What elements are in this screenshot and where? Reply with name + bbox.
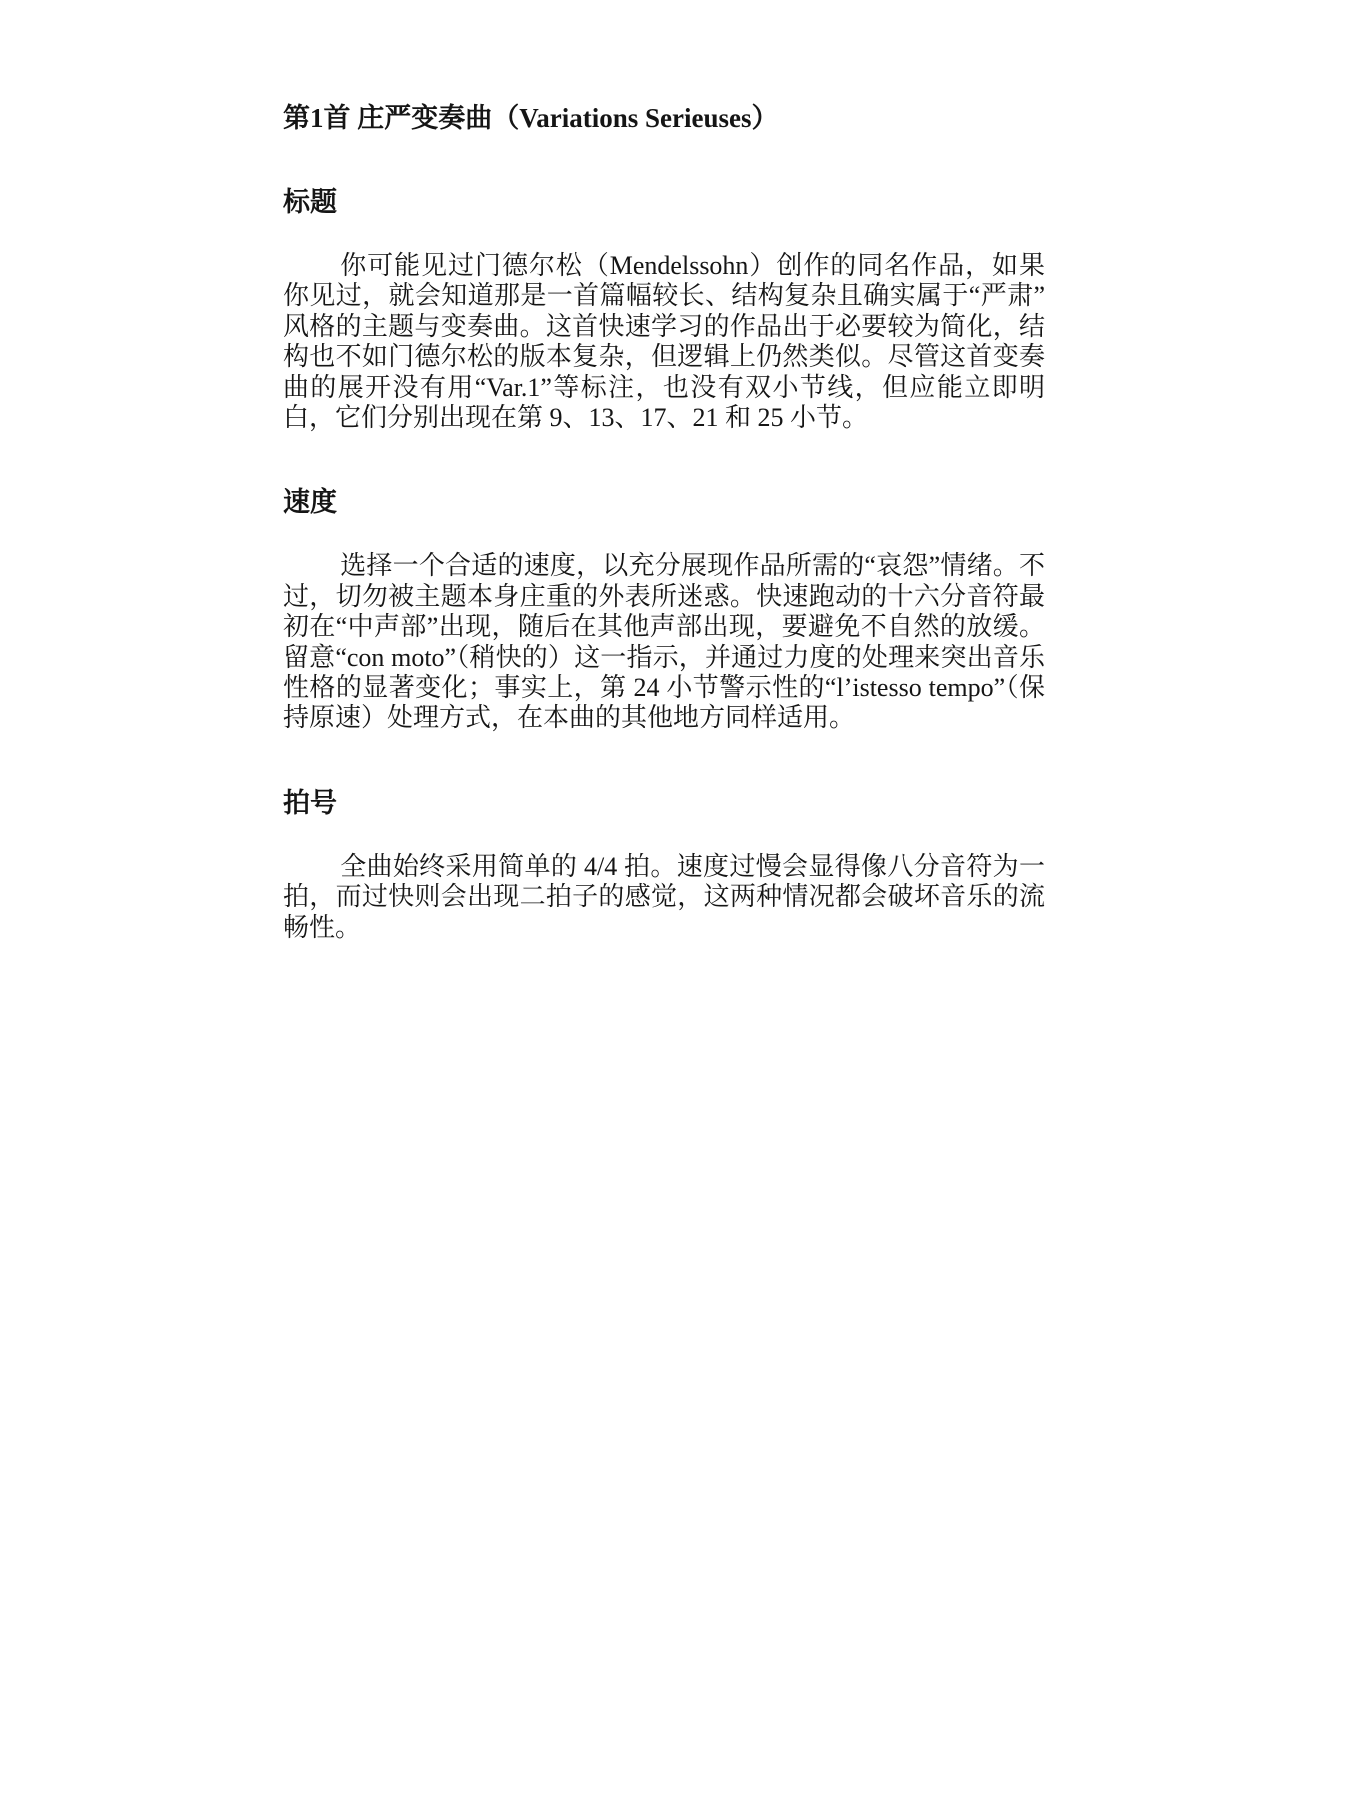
section-tempo: 速度 选择一个合适的速度，以充分展现作品所需的“哀怨”情绪。不过，切勿被主题本身… xyxy=(283,487,1045,733)
section-heading-paihao: 拍号 xyxy=(283,788,1045,818)
section-paragraph-paihao: 全曲始终采用简单的 4/4 拍。速度过慢会显得像八分音符为一拍，而过快则会出现二… xyxy=(283,852,1045,943)
section-heading-biaoti: 标题 xyxy=(283,187,1045,217)
section-title: 标题 你可能见过门德尔松（Mendelssohn）创作的同名作品，如果你见过，就… xyxy=(283,187,1045,433)
section-time-signature: 拍号 全曲始终采用简单的 4/4 拍。速度过慢会显得像八分音符为一拍，而过快则会… xyxy=(283,788,1045,943)
section-paragraph-sudu: 选择一个合适的速度，以充分展现作品所需的“哀怨”情绪。不过，切勿被主题本身庄重的… xyxy=(283,551,1045,733)
section-heading-sudu: 速度 xyxy=(283,487,1045,517)
section-paragraph-biaoti: 你可能见过门德尔松（Mendelssohn）创作的同名作品，如果你见过，就会知道… xyxy=(283,251,1045,433)
page-title: 第1首 庄严变奏曲（Variations Serieuses） xyxy=(283,103,1045,133)
document-page: 第1首 庄严变奏曲（Variations Serieuses） 标题 你可能见过… xyxy=(283,103,1045,943)
